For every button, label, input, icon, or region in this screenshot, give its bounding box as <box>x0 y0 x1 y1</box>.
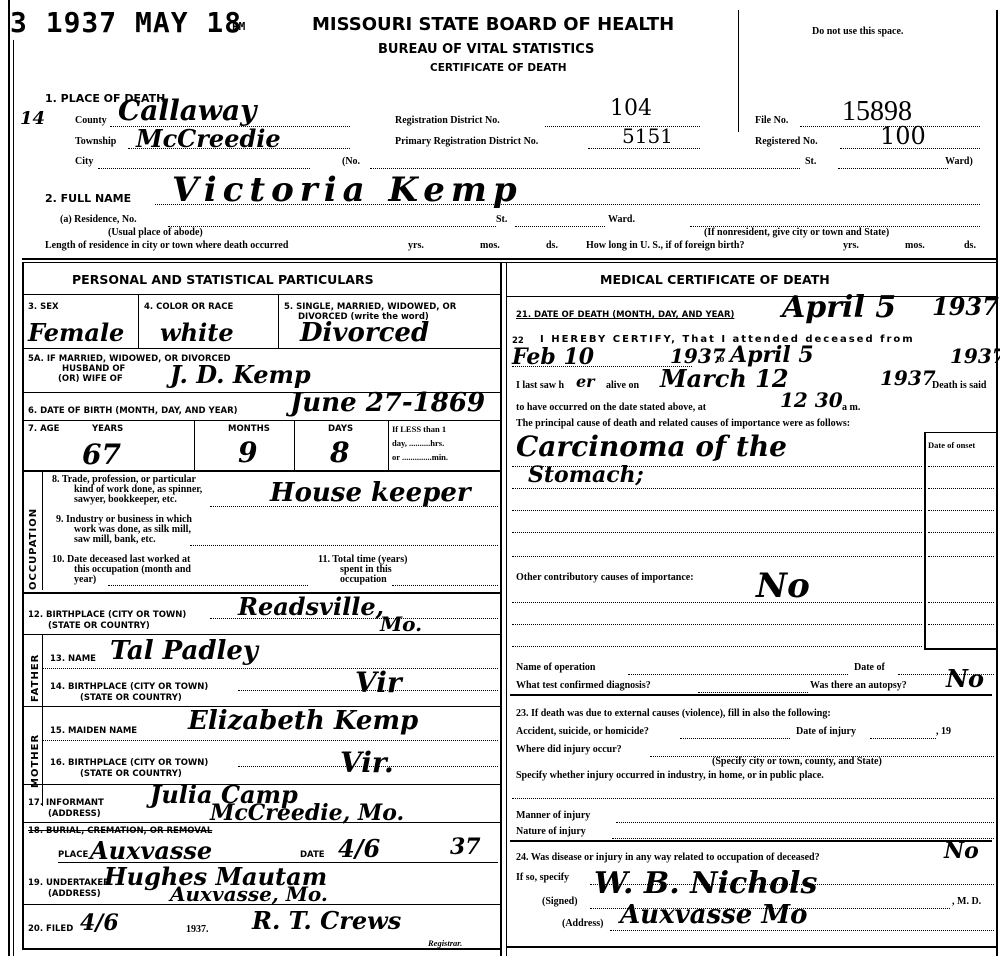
manner-injury-field[interactable] <box>616 822 994 823</box>
if-so-specify-label: If so, specify <box>516 872 569 883</box>
birthplace-label: 12. BIRTHPLACE (CITY OR TOWN) <box>28 610 186 620</box>
father-birthplace-field[interactable]: Vir <box>355 666 402 699</box>
age-years-label: YEARS <box>92 424 123 434</box>
trade-field[interactable]: House keeper <box>270 478 471 508</box>
birthplace-city-field[interactable]: Readsville, <box>238 592 384 621</box>
md-label: , M. D. <box>952 896 981 907</box>
age-months-label: MONTHS <box>228 424 270 434</box>
reserved-note: Do not use this space. <box>812 26 903 37</box>
dob-label: 6. DATE OF BIRTH (MONTH, DAY, AND YEAR) <box>28 406 238 416</box>
father-name-field[interactable]: Tal Padley <box>110 636 258 666</box>
filed-field[interactable]: 4/6 <box>80 910 119 936</box>
primary-district-field[interactable]: 5151 <box>622 124 673 148</box>
spouse-label-3: (OR) WIFE OF <box>58 374 123 384</box>
length-residence-label: Length of residence in city or town wher… <box>45 240 288 251</box>
full-name-label: 2. FULL NAME <box>45 192 131 205</box>
operation-date-label: Date of <box>854 662 885 673</box>
date-of-death-field[interactable]: April 5 <box>782 290 896 325</box>
abode-label: (Usual place of abode) <box>108 227 203 238</box>
physician-signature[interactable]: W. B. Nichols <box>594 866 817 901</box>
less-than-day-hrs: day, ..........hrs. <box>392 438 444 448</box>
county-field[interactable]: Callaway <box>118 94 256 127</box>
form-cert-title: CERTIFICATE OF DEATH <box>430 62 567 74</box>
occupation-related-label: 24. Was disease or injury in any way rel… <box>516 852 820 863</box>
received-stamp: 3 1937 MAY 18 <box>10 6 242 39</box>
last-worked-field[interactable] <box>108 585 308 586</box>
address-label: (Address) <box>562 918 603 929</box>
burial-place-label: PLACE <box>58 850 88 860</box>
city-label: City <box>75 156 93 167</box>
undertaker-label: 19. UNDERTAKER <box>28 878 110 888</box>
foreign-yrs: yrs. <box>843 240 859 251</box>
mother-birthplace-field[interactable]: Vir. <box>340 746 394 779</box>
date-of-onset-label: Date of onset <box>928 440 975 450</box>
left-border <box>8 0 10 956</box>
residence-label: (a) Residence, No. <box>60 214 137 225</box>
age-years-field[interactable]: 67 <box>82 438 121 471</box>
mother-birthplace-sub: (STATE OR COUNTRY) <box>80 769 182 779</box>
residence-st-label: St. <box>496 214 507 225</box>
burial-year-field[interactable]: 37 <box>450 834 481 860</box>
birthplace-state-field[interactable]: Mo. <box>380 612 422 636</box>
township-label: Township <box>75 136 116 147</box>
burial-date-label: DATE <box>300 850 325 860</box>
marital-field[interactable]: Divorced <box>300 318 429 348</box>
last-worked-label-3: year) <box>74 574 96 585</box>
mother-maiden-name-field[interactable]: Elizabeth Kemp <box>188 706 418 736</box>
total-time-label-3: occupation <box>340 574 387 585</box>
length-yrs: yrs. <box>408 240 424 251</box>
father-birthplace-sub: (STATE OR COUNTRY) <box>80 693 182 703</box>
informant-address-label: (ADDRESS) <box>48 809 101 819</box>
county-label: County <box>75 115 107 126</box>
marital-label: 5. SINGLE, MARRIED, WIDOWED, OR <box>284 302 456 312</box>
street-no-label: (No. <box>342 156 360 167</box>
right-border <box>996 10 998 956</box>
reserved-divider <box>738 10 739 132</box>
informant-label: 17. INFORMANT <box>28 798 104 808</box>
onset-column-divider <box>924 432 926 648</box>
mother-birthplace-label: 16. BIRTHPLACE (CITY OR TOWN) <box>50 758 208 768</box>
manner-injury-label: Manner of injury <box>516 810 590 821</box>
registered-no-label: Registered No. <box>755 136 818 147</box>
accident-field[interactable] <box>680 738 790 739</box>
mother-maiden-name-label: 15. MAIDEN NAME <box>50 726 137 736</box>
street-label: St. <box>805 156 816 167</box>
date-of-death-label: 21. DATE OF DEATH (MONTH, DAY, AND YEAR) <box>516 310 734 320</box>
last-saw-pronoun[interactable]: er <box>576 372 595 391</box>
last-saw-year[interactable]: 1937 <box>880 366 936 390</box>
length-mos: mos. <box>480 240 500 251</box>
registrar-signature[interactable]: R. T. Crews <box>252 906 401 935</box>
mother-side-label: MOTHER <box>30 734 41 788</box>
date-of-death-year[interactable]: 1937 <box>932 292 999 321</box>
industry-field[interactable] <box>190 545 498 546</box>
father-side-label: FATHER <box>30 654 41 702</box>
ward-label: Ward) <box>945 156 973 167</box>
section-divider <box>22 258 996 260</box>
father-name-label: 13. NAME <box>50 654 96 664</box>
race-label: 4. COLOR OR RACE <box>144 302 233 312</box>
primary-district-label: Primary Registration District No. <box>395 136 538 147</box>
age-days-field[interactable]: 8 <box>330 436 349 469</box>
test-confirmed-field[interactable] <box>698 692 808 693</box>
specify-city-label: (Specify city or town, county, and State… <box>712 756 882 767</box>
burial-date-field[interactable]: 4/6 <box>338 834 380 863</box>
margin-mark: 14 <box>20 108 45 129</box>
death-said-label: Death is said <box>932 380 986 391</box>
filed-year: 1937. <box>186 924 209 935</box>
length-ds: ds. <box>546 240 558 251</box>
race-field[interactable]: white <box>160 318 234 347</box>
personal-heading: PERSONAL AND STATISTICAL PARTICULARS <box>72 272 374 287</box>
specify-place-label: Specify whether injury occurred in indus… <box>516 770 824 781</box>
accident-label: Accident, suicide, or homicide? <box>516 726 649 737</box>
spouse-label-2: HUSBAND OF <box>62 364 125 374</box>
nonresident-label: (If nonresident, give city or town and S… <box>704 227 889 238</box>
autopsy-field[interactable]: No <box>946 664 984 693</box>
cause-line-1-field[interactable]: Carcinoma of the <box>516 430 787 463</box>
less-than-day-min: or ..............min. <box>392 452 448 462</box>
age-label: 7. AGE <box>28 424 59 434</box>
operation-field[interactable] <box>628 674 848 675</box>
burial-place-field[interactable]: Auxvasse <box>90 836 212 865</box>
injury-date-label: Date of injury <box>796 726 856 737</box>
received-stamp-time: PM <box>232 20 245 33</box>
physician-address-field[interactable]: Auxvasse Mo <box>620 900 808 930</box>
injury-year-label: , 19 <box>936 726 951 737</box>
last-saw-date-field[interactable]: March 12 <box>660 364 789 393</box>
time-of-death-field[interactable]: 12 30 <box>780 388 843 412</box>
test-confirmed-label: What test confirmed diagnosis? <box>516 680 651 691</box>
registrar-label: Registrar. <box>428 938 462 948</box>
age-days-label: DAYS <box>328 424 353 434</box>
attended-to-year[interactable]: 1937 <box>950 344 1000 368</box>
foreign-birth-label: How long in U. S., if of foreign birth? <box>586 240 744 251</box>
reg-district-label: Registration District No. <box>395 115 500 126</box>
occupation-related-field[interactable]: No <box>944 838 979 864</box>
birthplace-sub-label: (STATE OR COUNTRY) <box>48 621 150 631</box>
occurred-at-label: to have occurred on the date stated abov… <box>516 402 706 413</box>
form-title: MISSOURI STATE BOARD OF HEALTH <box>312 14 674 35</box>
age-months-field[interactable]: 9 <box>238 436 257 469</box>
left-border-inner <box>13 40 14 956</box>
registered-no-field[interactable]: 100 <box>880 122 926 150</box>
certify-label: I HEREBY CERTIFY, That I attended deceas… <box>540 334 915 345</box>
reg-district-field[interactable]: 104 <box>610 96 652 121</box>
time-suffix: a m. <box>842 402 860 413</box>
injury-where-label: Where did injury occur? <box>516 744 622 755</box>
total-time-field[interactable] <box>392 585 498 586</box>
undertaker-address-label: (ADDRESS) <box>48 889 101 899</box>
foreign-mos: mos. <box>905 240 925 251</box>
dob-field[interactable]: June 27-1869 <box>290 388 485 418</box>
less-than-day-label: If LESS than 1 <box>392 424 446 434</box>
sex-field[interactable]: Female <box>28 318 124 347</box>
full-name-field[interactable]: Victoria Kemp <box>172 170 523 210</box>
operation-label: Name of operation <box>516 662 595 673</box>
filed-label: 20. FILED <box>28 924 73 934</box>
nature-injury-label: Nature of injury <box>516 826 586 837</box>
medical-heading: MEDICAL CERTIFICATE OF DEATH <box>600 272 830 287</box>
file-no-label: File No. <box>755 115 788 126</box>
industry-label-3: saw mill, bank, etc. <box>74 534 156 545</box>
foreign-ds: ds. <box>964 240 976 251</box>
residence-ward-label: Ward. <box>608 214 635 225</box>
form-subtitle: BUREAU OF VITAL STATISTICS <box>378 42 594 57</box>
alive-on-label: alive on <box>606 380 639 391</box>
external-causes-label: 23. If death was due to external causes … <box>516 708 831 719</box>
burial-label: 18. BURIAL, CREMATION, OR REMOVAL <box>28 826 212 836</box>
injury-date-field[interactable] <box>870 738 936 739</box>
trade-label-3: sawyer, bookkeeper, etc. <box>74 494 177 505</box>
signed-label: (Signed) <box>542 896 578 907</box>
sex-label: 3. SEX <box>28 302 59 312</box>
autopsy-label: Was there an autopsy? <box>810 680 907 691</box>
principal-cause-label: The principal cause of death and related… <box>516 418 850 429</box>
occupation-side-label: OCCUPATION <box>28 508 39 590</box>
other-causes-field[interactable]: No <box>756 566 810 606</box>
undertaker-address-field[interactable]: Auxvasse, Mo. <box>170 882 328 906</box>
father-birthplace-label: 14. BIRTHPLACE (CITY OR TOWN) <box>50 682 208 692</box>
township-field[interactable]: McCreedie <box>136 124 281 153</box>
spouse-field[interactable]: J. D. Kemp <box>170 360 311 389</box>
other-causes-label: Other contributory causes of importance: <box>516 572 694 583</box>
nature-injury-field[interactable] <box>612 838 994 839</box>
last-saw-label: I last saw h <box>516 380 564 391</box>
